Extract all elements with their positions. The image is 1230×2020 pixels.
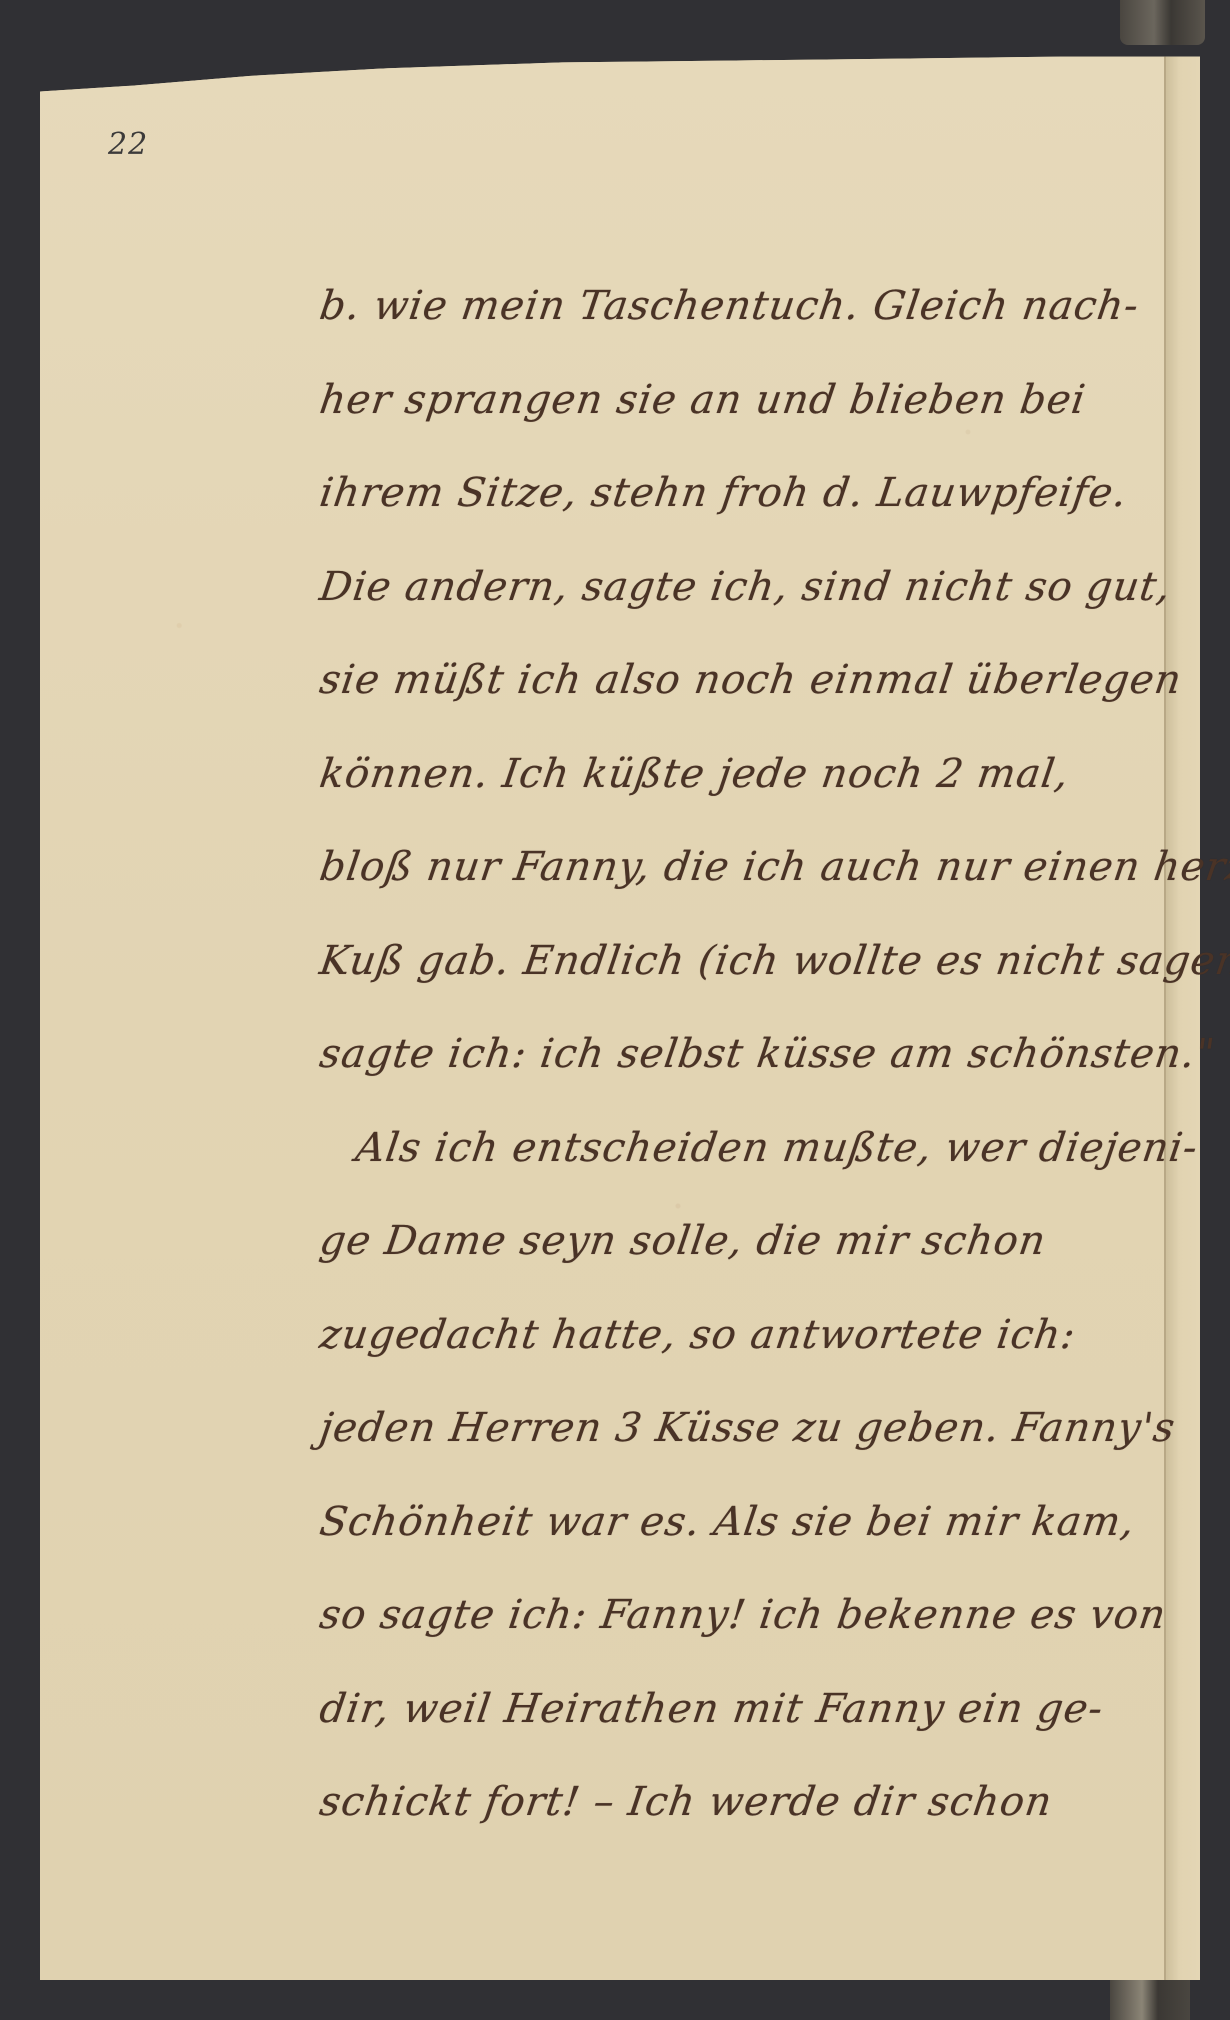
manuscript-line: können. Ich küßte jede noch 2 mal, xyxy=(313,728,1146,822)
top-binding-clip xyxy=(1120,0,1205,45)
manuscript-line: schickt fort! – Ich werde dir schon xyxy=(313,1756,1146,1850)
manuscript-line: so sagte ich: Fanny! ich bekenne es von xyxy=(313,1569,1146,1663)
manuscript-line: ihrem Sitze, stehn froh d. Lauwpfeife. xyxy=(313,447,1146,541)
manuscript-line: Die andern, sagte ich, sind nicht so gut… xyxy=(313,541,1146,635)
manuscript-line: Schönheit war es. Als sie bei mir kam, xyxy=(313,1476,1146,1570)
page-gutter-fold xyxy=(1164,45,1200,1980)
handwritten-text-block: b. wie mein Taschentuch. Gleich nach- he… xyxy=(320,260,1140,1850)
manuscript-line: Kuß gab. Endlich (ich wollte es nicht sa… xyxy=(313,915,1146,1009)
manuscript-line: dir, weil Heirathen mit Fanny ein ge- xyxy=(313,1663,1146,1757)
scanned-manuscript: 22 b. wie mein Taschentuch. Gleich nach-… xyxy=(0,0,1230,2020)
manuscript-line: jeden Herren 3 Küsse zu geben. Fanny's xyxy=(313,1382,1146,1476)
manuscript-line: her sprangen sie an und blieben bei xyxy=(313,354,1146,448)
manuscript-line: bloß nur Fanny, die ich auch nur einen h… xyxy=(313,821,1146,915)
manuscript-line: zugedacht hatte, so antwortete ich: xyxy=(313,1289,1146,1383)
manuscript-line-paragraph-start: Als ich entscheiden mußte, wer diejeni- xyxy=(313,1102,1146,1196)
manuscript-line: b. wie mein Taschentuch. Gleich nach- xyxy=(313,260,1146,354)
manuscript-line: sagte ich: ich selbst küsse am schönsten… xyxy=(313,1008,1146,1102)
bottom-binding-clip xyxy=(1110,1980,1190,2020)
page-number: 22 xyxy=(108,127,148,162)
manuscript-line: ge Dame seyn solle, die mir schon xyxy=(313,1195,1146,1289)
manuscript-line: sie müßt ich also noch einmal überlegen xyxy=(313,634,1146,728)
